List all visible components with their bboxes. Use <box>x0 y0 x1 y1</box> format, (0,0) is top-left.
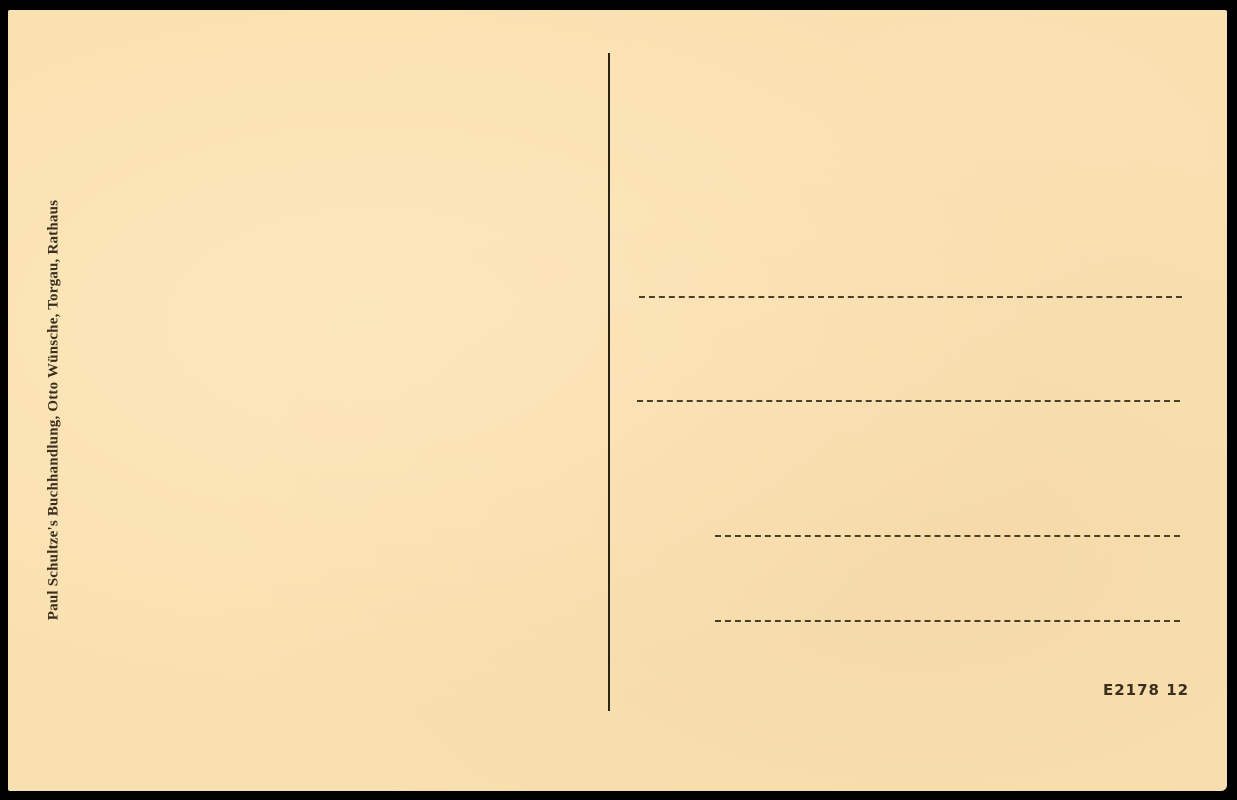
address-line-3 <box>715 535 1180 537</box>
publisher-imprint: Paul Schultze's Buchhandlung, Otto Wünsc… <box>46 200 63 620</box>
center-divider-line <box>608 53 610 711</box>
address-line-4 <box>715 620 1180 622</box>
catalog-number: E2178 12 <box>1103 681 1189 699</box>
postcard-back: Paul Schultze's Buchhandlung, Otto Wünsc… <box>8 10 1227 791</box>
address-line-2 <box>637 400 1180 402</box>
address-line-1 <box>639 296 1182 298</box>
